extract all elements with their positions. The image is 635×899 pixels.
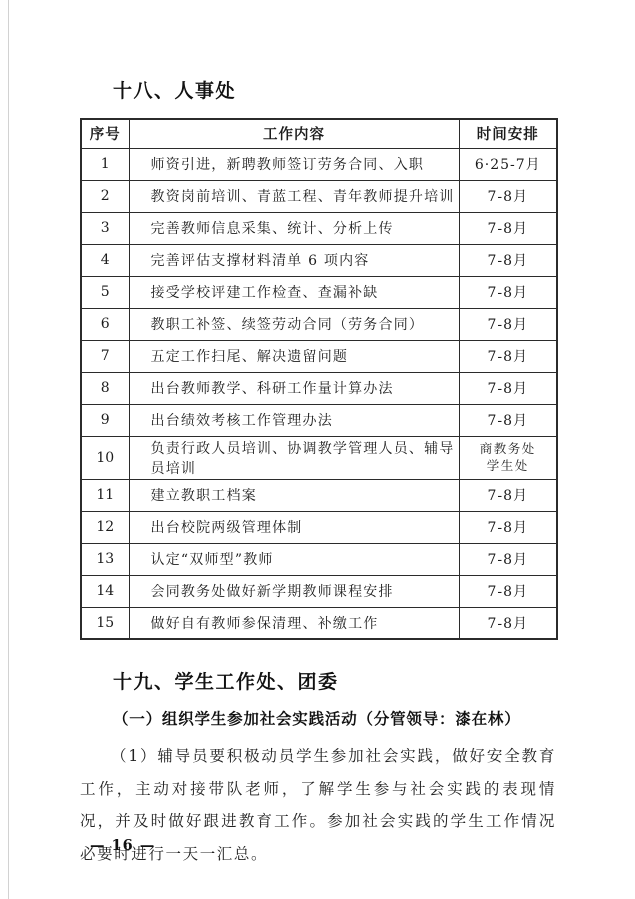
row-time-cell: 7-8月 xyxy=(459,180,557,212)
row-number-cell: 10 xyxy=(81,436,129,479)
row-content-cell: 负责行政人员培训、协调教学管理人员、辅导员培训 xyxy=(129,436,459,479)
row-time-cell: 商教务处 学生处 xyxy=(459,436,557,479)
table-row: 9出台绩效考核工作管理办法7-8月 xyxy=(81,404,557,436)
row-time-cell: 7-8月 xyxy=(459,511,557,543)
row-content-cell: 教职工补签、续签劳动合同（劳务合同） xyxy=(129,308,459,340)
row-content-cell: 五定工作扫尾、解决遗留问题 xyxy=(129,340,459,372)
table-row: 6教职工补签、续签劳动合同（劳务合同）7-8月 xyxy=(81,308,557,340)
row-content-cell: 出台教师教学、科研工作量计算办法 xyxy=(129,372,459,404)
row-content-cell: 完善评估支撑材料清单 6 项内容 xyxy=(129,244,459,276)
row-time-cell: 7-8月 xyxy=(459,543,557,575)
row-content-cell: 认定“双师型”教师 xyxy=(129,543,459,575)
row-time-cell: 7-8月 xyxy=(459,479,557,511)
row-number-cell: 1 xyxy=(81,148,129,180)
table-row: 4完善评估支撑材料清单 6 项内容7-8月 xyxy=(81,244,557,276)
row-number-cell: 3 xyxy=(81,212,129,244)
table-header-row: 序号 工作内容 时间安排 xyxy=(81,119,557,148)
row-time-cell: 6·25-7月 xyxy=(459,148,557,180)
column-header-time: 时间安排 xyxy=(459,119,557,148)
row-number-cell: 6 xyxy=(81,308,129,340)
section-18-title: 十八、人事处 xyxy=(113,76,556,103)
row-content-cell: 建立教职工档案 xyxy=(129,479,459,511)
row-number-cell: 15 xyxy=(81,607,129,639)
row-time-cell: 7-8月 xyxy=(459,575,557,607)
row-time-cell: 7-8月 xyxy=(459,244,557,276)
row-number-cell: 14 xyxy=(81,575,129,607)
row-content-cell: 出台绩效考核工作管理办法 xyxy=(129,404,459,436)
row-content-cell: 做好自有教师参保清理、补缴工作 xyxy=(129,607,459,639)
row-content-cell: 完善教师信息采集、统计、分析上传 xyxy=(129,212,459,244)
table-row: 15做好自有教师参保清理、补缴工作7-8月 xyxy=(81,607,557,639)
table-row: 8出台教师教学、科研工作量计算办法7-8月 xyxy=(81,372,557,404)
table-row: 13认定“双师型”教师7-8月 xyxy=(81,543,557,575)
row-number-cell: 5 xyxy=(81,276,129,308)
row-time-cell: 7-8月 xyxy=(459,308,557,340)
section-19-subtitle: （一）组织学生参加社会实践活动（分管领导：漆在林） xyxy=(113,707,556,729)
table-row: 11建立教职工档案7-8月 xyxy=(81,479,557,511)
row-time-cell: 7-8月 xyxy=(459,212,557,244)
column-header-number: 序号 xyxy=(81,119,129,148)
row-content-cell: 接受学校评建工作检查、查漏补缺 xyxy=(129,276,459,308)
row-number-cell: 9 xyxy=(81,404,129,436)
row-number-cell: 13 xyxy=(81,543,129,575)
section-19-title: 十九、学生工作处、团委 xyxy=(113,667,556,694)
work-schedule-table: 序号 工作内容 时间安排 1师资引进，新聘教师签订劳务合同、入职6·25-7月2… xyxy=(80,118,558,640)
page-edge-line xyxy=(8,0,9,899)
document-page: 十八、人事处 序号 工作内容 时间安排 1师资引进，新聘教师签订劳务合同、入职6… xyxy=(0,0,635,899)
table-row: 7五定工作扫尾、解决遗留问题7-8月 xyxy=(81,340,557,372)
row-number-cell: 11 xyxy=(81,479,129,511)
table-row: 5接受学校评建工作检查、查漏补缺7-8月 xyxy=(81,276,557,308)
page-content: 十八、人事处 序号 工作内容 时间安排 1师资引进，新聘教师签订劳务合同、入职6… xyxy=(80,76,556,870)
table-row: 3完善教师信息采集、统计、分析上传7-8月 xyxy=(81,212,557,244)
row-content-cell: 师资引进，新聘教师签订劳务合同、入职 xyxy=(129,148,459,180)
row-time-cell: 7-8月 xyxy=(459,340,557,372)
row-number-cell: 4 xyxy=(81,244,129,276)
row-time-cell: 7-8月 xyxy=(459,404,557,436)
column-header-content: 工作内容 xyxy=(129,119,459,148)
row-content-cell: 出台校院两级管理体制 xyxy=(129,511,459,543)
table-row: 2教资岗前培训、青蓝工程、青年教师提升培训7-8月 xyxy=(81,180,557,212)
table-row: 10负责行政人员培训、协调教学管理人员、辅导员培训商教务处 学生处 xyxy=(81,436,557,479)
row-time-cell: 7-8月 xyxy=(459,372,557,404)
row-time-cell: 7-8月 xyxy=(459,607,557,639)
page-number: — 16 — xyxy=(90,837,155,854)
row-content-cell: 教资岗前培训、青蓝工程、青年教师提升培训 xyxy=(129,180,459,212)
row-number-cell: 7 xyxy=(81,340,129,372)
row-number-cell: 12 xyxy=(81,511,129,543)
row-time-cell: 7-8月 xyxy=(459,276,557,308)
table-row: 12出台校院两级管理体制7-8月 xyxy=(81,511,557,543)
row-number-cell: 2 xyxy=(81,180,129,212)
table-row: 14会同教务处做好新学期教师课程安排7-8月 xyxy=(81,575,557,607)
table-row: 1师资引进，新聘教师签订劳务合同、入职6·25-7月 xyxy=(81,148,557,180)
row-number-cell: 8 xyxy=(81,372,129,404)
row-content-cell: 会同教务处做好新学期教师课程安排 xyxy=(129,575,459,607)
